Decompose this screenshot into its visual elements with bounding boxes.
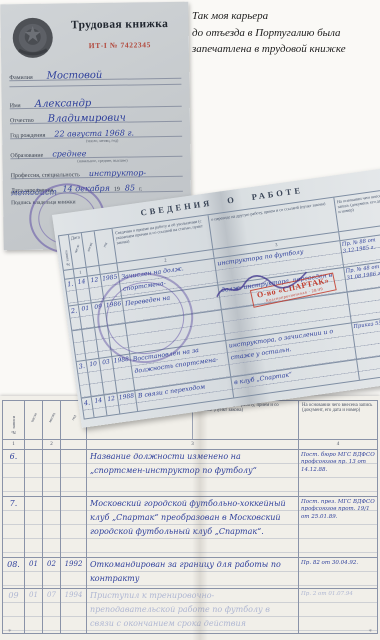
column-index-row: 1 2 3 4 xyxy=(3,440,377,450)
col-day: число xyxy=(25,401,43,439)
photo-collage: Так моя карьера до отъезда в Португалию … xyxy=(0,0,380,640)
field-surname-label: Фамилия xyxy=(9,75,32,81)
record-row-08: 08. 01 02 1992 Откомандирован за границу… xyxy=(3,558,377,589)
field-education-label: Образование xyxy=(10,153,43,159)
field-surname: Фамилия Мостовой xyxy=(9,64,181,81)
caption-text: Так моя карьера до отъезда в Португалию … xyxy=(192,8,378,58)
page-footer-marks: * * xyxy=(8,628,372,636)
blank-rule xyxy=(9,84,181,87)
caption-line: до отъезда в Португалию была xyxy=(192,25,378,42)
record-row-7: 7. Московский городской футбольно-хоккей… xyxy=(3,497,377,558)
caption-line: Так моя карьера xyxy=(192,8,378,25)
field-surname-value: Мостовой xyxy=(47,70,103,82)
field-fill-date: Дата заполнения 14 декабря 19 85 г. xyxy=(11,177,183,194)
col-record-no: № записи xyxy=(3,401,25,439)
caption-line: запечатлена в трудовой книжке xyxy=(192,41,378,58)
cover-title: Трудовая книжка xyxy=(57,18,183,32)
year-handwritten: 85 xyxy=(125,183,135,192)
field-birth-label: Год рождения xyxy=(10,133,45,139)
bottom-table: № записи число месяц год — на работу и о… xyxy=(2,400,378,634)
cover-serial: ИТ-I № 7422345 xyxy=(57,40,183,51)
ussr-emblem-icon xyxy=(10,16,55,61)
field-education-value: среднее xyxy=(52,149,86,158)
record-row-6: 6. Название должности изменено на „спорт… xyxy=(3,450,377,497)
year-suffix: г. xyxy=(139,186,142,192)
record-row-09: 09 01 07 1994 Приступил к тренировочно-п… xyxy=(3,589,377,633)
year-printed: 19 xyxy=(114,187,120,193)
work-record-bottom-page: № записи число месяц год — на работу и о… xyxy=(0,396,380,640)
col-basis: На основании чего внесена запись (докуме… xyxy=(334,190,380,231)
col-month: месяц xyxy=(43,401,61,439)
col-basis: На основании чего внесена запись (докуме… xyxy=(299,401,377,439)
